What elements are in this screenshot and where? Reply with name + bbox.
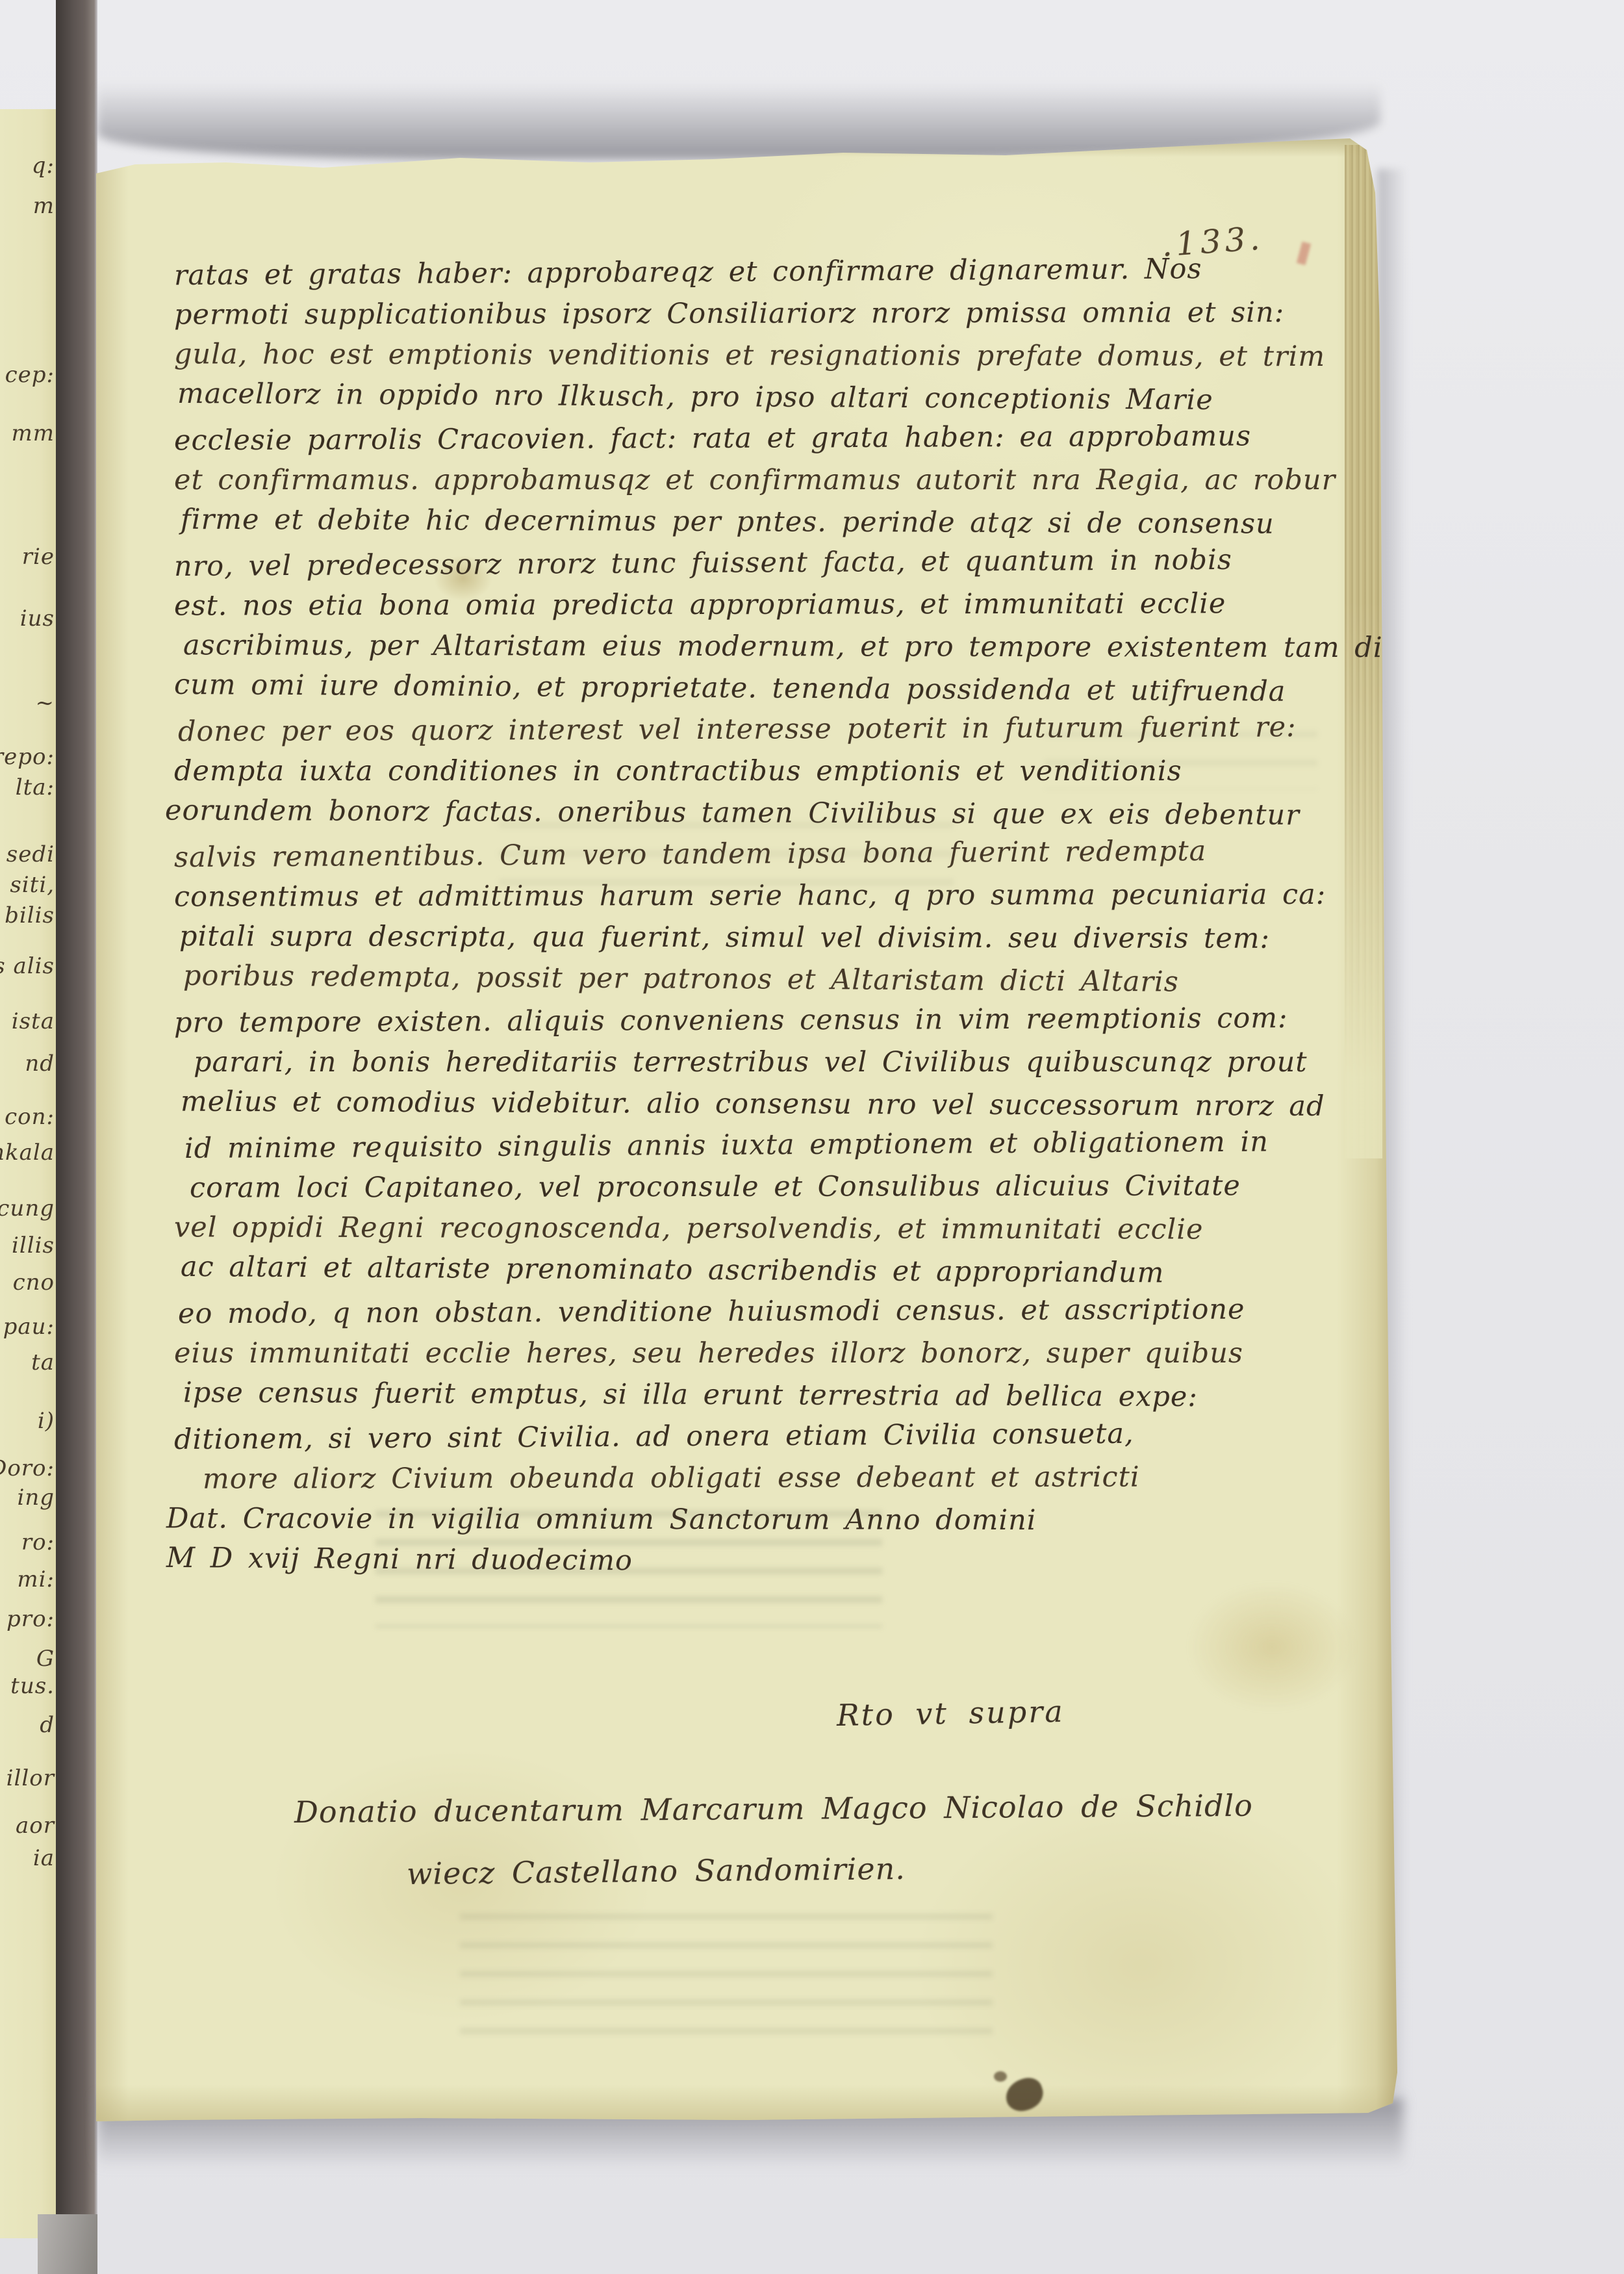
binding-bar-bottom — [38, 2214, 97, 2274]
manuscript-line: ac altari et altariste prenominato ascri… — [181, 1246, 1226, 1294]
margin-text-fragment: illor — [6, 1767, 55, 1789]
manuscript-line: gula, hoc est emptionis venditionis et r… — [174, 333, 1226, 377]
manuscript-line: ditionem, si vero sint Civilia. ad onera… — [174, 1412, 1226, 1461]
text-block: ratas et gratas haber: approbareqz et co… — [174, 251, 1226, 1582]
manuscript-line: coram loci Capitaneo, vel proconsule et … — [190, 1165, 1226, 1208]
margin-text-fragment: bilis — [5, 904, 55, 926]
margin-text-fragment: ing — [17, 1487, 55, 1509]
margin-text-fragment: sedi — [6, 843, 55, 865]
manuscript-line: est. nos etia bona omia predicta appropr… — [174, 583, 1226, 626]
margin-text-fragment: Doro: — [0, 1457, 55, 1479]
manuscript-line: id minime requisito singulis annis iuxta… — [184, 1121, 1226, 1169]
manuscript-line: et confirmamus. approbamusqz et confirma… — [174, 459, 1226, 501]
manuscript-line: pitali supra descripta, qua fuerint, sim… — [179, 915, 1226, 959]
manuscript-line: poribus redempta, possit per patronos et… — [183, 955, 1226, 1003]
margin-text-fragment: m — [33, 195, 55, 217]
manuscript-line: salvis remanentibus. Cum vero tandem ips… — [174, 830, 1226, 878]
margin-text-fragment: siti, — [10, 874, 55, 896]
margin-text-fragment: cno — [13, 1271, 55, 1294]
manuscript-page: .133. ratas et gratas haber: approbareqz… — [96, 133, 1402, 2125]
manuscript-line: firme et debite hic decernimus per pntes… — [181, 499, 1226, 545]
manuscript-line: ecclesie parrolis Cracovien. fact: rata … — [174, 416, 1226, 462]
margin-text-fragment: rie — [22, 546, 55, 568]
margin-text-fragment: aor — [16, 1815, 55, 1837]
margin-text-fragment: tus. — [10, 1675, 55, 1697]
parchment-stain — [1187, 1582, 1356, 1712]
ink-stain — [1002, 2074, 1047, 2115]
closing-note: Rto vt supra — [837, 1694, 1065, 1733]
margin-text-fragment: ista — [12, 1010, 55, 1032]
margin-text-fragment: ~ — [36, 692, 55, 714]
margin-text-fragment: ro: — [21, 1531, 55, 1553]
manuscript-line: M D xvij Regni nri duodecimo — [166, 1537, 1226, 1585]
margin-text-fragment: i) — [38, 1410, 55, 1432]
manuscript-line: donec per eos quorz interest vel interes… — [178, 707, 1226, 753]
margin-text-fragment: illis — [12, 1234, 55, 1257]
margin-text-fragment: cung — [0, 1197, 55, 1220]
margin-text-fragment: d — [40, 1714, 55, 1736]
manuscript-line: dempta iuxta conditiones in contractibus… — [174, 750, 1226, 792]
margin-text-fragment: con: — [5, 1106, 55, 1128]
margin-text-fragment: nd — [25, 1053, 55, 1075]
manuscript-line: parari, in bonis hereditariis terrestrib… — [194, 1041, 1226, 1083]
heading-line: wiecz Castellano Sandomirien. — [407, 1851, 906, 1891]
facing-page-sliver: q:mcep:mmrieius~repo:lta:sedisiti,biliss… — [0, 109, 57, 2238]
binding-bar — [56, 0, 97, 2274]
manuscript-line: eo modo, q non obstan. venditione huiusm… — [178, 1289, 1226, 1335]
margin-text-fragment: ankala — [0, 1142, 55, 1164]
manuscript-line: pro tempore existen. aliquis conveniens … — [174, 998, 1226, 1044]
margin-text-fragment: mi: — [17, 1568, 55, 1591]
margin-text-fragment: ia — [33, 1847, 55, 1869]
margin-text-fragment: G — [36, 1648, 55, 1670]
margin-text-fragment: lta: — [16, 776, 55, 798]
manuscript-line: eorundem bonorz factas. oneribus tamen C… — [165, 790, 1226, 836]
margin-text-fragment: s alis — [0, 955, 55, 977]
manuscript-line: permoti supplicationibus ipsorz Consilia… — [174, 292, 1226, 335]
margin-text-fragment: pro: — [6, 1608, 55, 1630]
margin-text-fragment: cep: — [5, 364, 55, 386]
margin-text-fragment: ta — [31, 1351, 55, 1373]
manuscript-line: consentimus et admittimus harum serie ha… — [174, 874, 1226, 917]
margin-text-fragment: pau: — [3, 1316, 55, 1338]
manuscript-line: cum omi iure dominio, et proprietate. te… — [174, 664, 1226, 712]
heading-line: Donatio ducentarum Marcarum Magco Nicola… — [294, 1788, 1253, 1830]
manuscript-line: ascribimus, per Altaristam eius modernum… — [183, 624, 1226, 668]
manuscript-line: ipse census fuerit emptus, si illa erunt… — [183, 1372, 1226, 1418]
manuscript-line: melius et comodius videbitur. alio conse… — [181, 1081, 1226, 1127]
margin-text-fragment: repo: — [0, 746, 55, 768]
manuscript-line: ratas et gratas haber: approbareqz et co… — [174, 248, 1226, 296]
ink-stain — [994, 2071, 1007, 2082]
margin-text-fragment: mm — [12, 422, 55, 444]
manuscript-line: nro, vel predecessorz nrorz tunc fuissen… — [174, 539, 1226, 587]
manuscript-line: vel oppidi Regni recognoscenda, persolve… — [174, 1207, 1226, 1250]
manuscript-line: Dat. Cracovie in vigilia omnium Sanctoru… — [166, 1498, 1226, 1541]
ink-show-through — [460, 1913, 993, 2043]
manuscript-line: eius immunitati ecclie heres, seu herede… — [174, 1333, 1226, 1374]
margin-text-fragment: ius — [20, 607, 55, 630]
manuscript-line: more aliorz Civium obeunda obligati esse… — [203, 1456, 1226, 1500]
manuscript-line: macellorz in oppido nro Ilkusch, pro ips… — [177, 373, 1226, 421]
red-ink-fleck — [1297, 242, 1311, 265]
margin-text-fragment: q: — [32, 155, 55, 177]
